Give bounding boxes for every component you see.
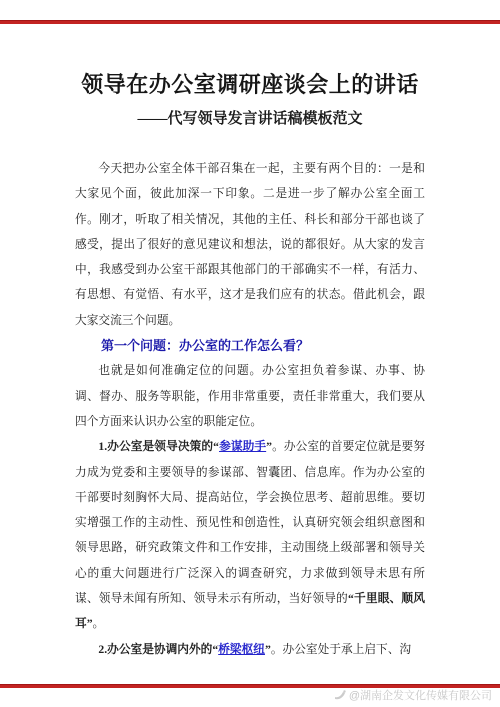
point-1-body: 。办公室的首要定位就是要努力成为党委和主要领导的参谋部、智囊团、信息库。作为办公… bbox=[75, 440, 425, 605]
document-body: 今天把办公室全体干部召集在一起，主要有两个目的：一是和大家见个面，彼此加深一下印… bbox=[75, 156, 425, 662]
point-1-lead: 1.办公室是领导决策的“ bbox=[98, 440, 219, 453]
point-2-lead: 2.办公室是协调内外的“ bbox=[98, 643, 218, 656]
page-title: 领导在办公室调研座谈会上的讲话 bbox=[40, 70, 460, 100]
document-page: 领导在办公室调研座谈会上的讲话 ——代写领导发言讲话稿模板范文 今天把办公室全体… bbox=[0, 70, 500, 662]
paragraph-intro: 今天把办公室全体干部召集在一起，主要有两个目的：一是和大家见个面，彼此加深一下印… bbox=[75, 156, 425, 333]
point-2-body: 。办公室处于承上启下、沟 bbox=[271, 643, 411, 656]
link-qiaoliang-shuniu[interactable]: 桥梁枢纽 bbox=[218, 643, 265, 656]
top-divider-line bbox=[0, 20, 500, 24]
paragraph-point-2: 2.办公室是协调内外的“桥梁枢纽”。办公室处于承上启下、沟 bbox=[75, 637, 425, 662]
watermark-text: @湖南企发文化传媒有限公司 bbox=[349, 687, 492, 703]
watermark-logo-icon bbox=[334, 689, 347, 702]
paragraph-positioning: 也就是如何准确定位的问题。办公室担负着参谋、办事、协调、督办、服务等职能，作用非… bbox=[75, 358, 425, 434]
section-heading-question-1: 第一个问题：办公室的工作怎么看？ bbox=[75, 333, 425, 358]
point-1-period: 。 bbox=[93, 617, 105, 630]
paragraph-point-1: 1.办公室是领导决策的“参谋助手”。办公室的首要定位就是要努力成为党委和主要领导… bbox=[75, 434, 425, 636]
page-subtitle: ——代写领导发言讲话稿模板范文 bbox=[40, 108, 460, 130]
watermark: @湖南企发文化传媒有限公司 bbox=[334, 687, 492, 703]
link-canmou-zhushou[interactable]: 参谋助手 bbox=[219, 440, 266, 453]
